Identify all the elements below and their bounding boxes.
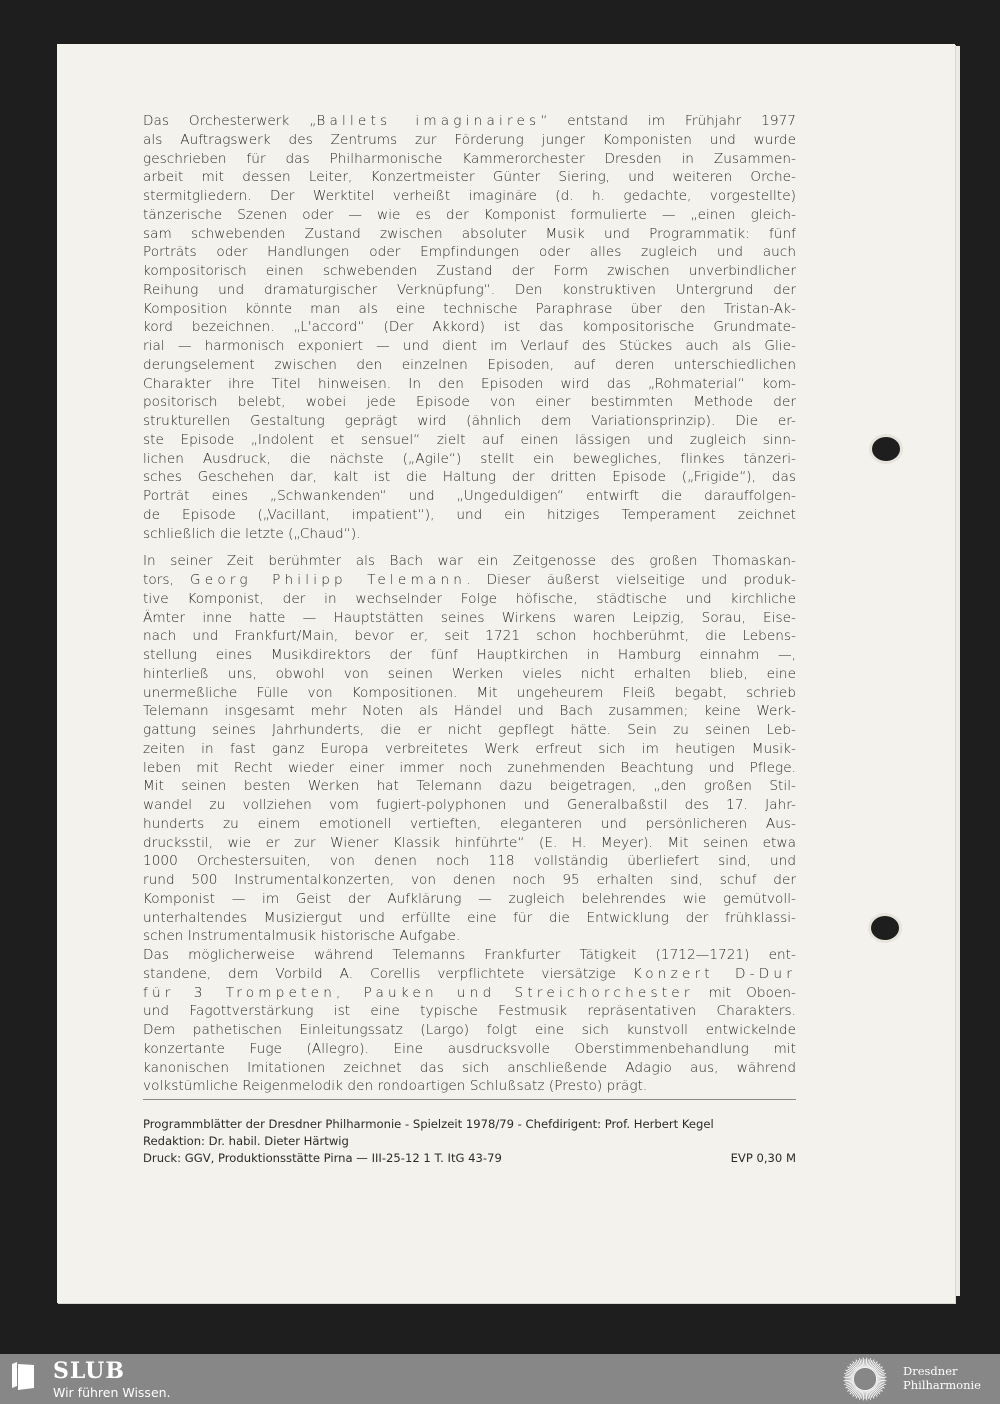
spaced-title: Ballets imaginaires — [316, 113, 540, 129]
dresdner-philharmonie-name: Dresdner Philharmonie — [903, 1364, 981, 1392]
text-line: kompositorisch einen schwebenden Zustand… — [143, 262, 796, 281]
imprint-price: EVP 0,30 M — [731, 1150, 796, 1167]
text-line: unermeßliche Fülle von Kompositionen. Mi… — [143, 684, 796, 703]
text-line: geschrieben für das Philharmonische Kamm… — [143, 150, 796, 169]
text-line: stellung eines Musikdirektors der fünf H… — [143, 646, 796, 665]
text-line: Porträts oder Handlungen oder Empfindung… — [143, 243, 796, 262]
bottom-branding-bar: SLUB Wir führen Wissen. Dresdner Philhar… — [0, 1354, 1000, 1404]
text-line: drucksstil, wie er zur Wiener Klassik hi… — [143, 834, 796, 853]
text-line: ste Episode „Indolent et sensuel“ zielt … — [143, 431, 796, 450]
footer-divider — [143, 1099, 796, 1100]
text-line: gattung seines Jahrhunderts, die er nich… — [143, 721, 796, 740]
text-line: Telemann insgesamt mehr Noten als Händel… — [143, 702, 796, 721]
text-line: volkstümliche Reigenmelodik den rondoart… — [143, 1077, 796, 1096]
text-line: sches Geschehen dar, kalt ist die Haltun… — [143, 468, 796, 487]
text-line: für 3 Trompeten, Pauken und Streichorche… — [143, 984, 796, 1003]
text-line: kanonischen Imitationen zeichnet das sic… — [143, 1059, 796, 1078]
text-line: hinterließ uns, obwohl von seinen Werken… — [143, 665, 796, 684]
spaced-title: für 3 Trompeten, Pauken und Streichorche… — [143, 985, 694, 1001]
text-line: unterhaltendes Musiziergut und erfüllte … — [143, 909, 796, 928]
imprint-line-printer: Druck: GGV, Produktionsstätte Pirna — II… — [143, 1150, 502, 1167]
text-line: Porträt eines „Schwankenden“ und „Ungedu… — [143, 487, 796, 506]
text-line: lichen Ausdruck, die nächste („Agile“) s… — [143, 450, 796, 469]
text-line: Das möglicherweise während Telemanns Fra… — [143, 946, 796, 965]
paragraph: In seiner Zeit berühmter als Bach war ei… — [143, 552, 796, 946]
imprint-footer: Programmblätter der Dresdner Philharmoni… — [143, 1116, 796, 1167]
text-line: leben mit Recht wieder einer immer noch … — [143, 759, 796, 778]
text-line: rund 500 Instrumentalkonzerten, von dene… — [143, 871, 796, 890]
text-line: tive Komponist, der in wechselnder Folge… — [143, 590, 796, 609]
text-line: arbeit mit dessen Leiter, Konzertmeister… — [143, 168, 796, 187]
text-line: rial — harmonisch exponiert — und dient … — [143, 337, 796, 356]
slub-name: SLUB — [53, 1358, 125, 1384]
text-line: positorisch belebt, wobei jede Episode v… — [143, 393, 796, 412]
text-line: Mit seinen besten Werken hat Telemann da… — [143, 777, 796, 796]
text-line: Ämter inne hatte — Hauptstätten seines W… — [143, 609, 796, 628]
slub-tagline: Wir führen Wissen. — [53, 1385, 171, 1400]
spaced-title: Konzert D-Dur — [633, 966, 796, 982]
text-line: tors, Georg Philipp Telemann. Dieser äuß… — [143, 571, 796, 590]
text-line: Komposition könnte man als eine technisc… — [143, 300, 796, 319]
text-line: tänzerische Szenen oder — wie es der Kom… — [143, 206, 796, 225]
text-line: standene, dem Vorbild A. Corellis verpfl… — [143, 965, 796, 984]
slub-book-icon — [12, 1362, 34, 1390]
text-line: Das Orchesterwerk „Ballets imaginaires“ … — [143, 112, 796, 131]
text-line: als Auftragswerk des Zentrums zur Förder… — [143, 131, 796, 150]
text-line: nach und Frankfurt/Main, bevor er, seit … — [143, 627, 796, 646]
text-line: Komponist — im Geist der Aufklärung — zu… — [143, 890, 796, 909]
text-line: Charakter ihre Titel hinweisen. In den E… — [143, 375, 796, 394]
punch-hole — [872, 437, 900, 461]
text-line: wandel zu vollziehen vom fugiert-polypho… — [143, 796, 796, 815]
spaced-title: Georg Philipp Telemann — [190, 572, 466, 588]
paragraph: Das Orchesterwerk „Ballets imaginaires“ … — [143, 112, 796, 543]
text-line: stermitgliedern. Der Werktitel verheißt … — [143, 187, 796, 206]
text-line: Reihung und dramaturgischer Verknüpfung“… — [143, 281, 796, 300]
text-line: strukturellen Gestaltung geprägt wird (ä… — [143, 412, 796, 431]
text-line: sam schwebenden Zustand zwischen absolut… — [143, 225, 796, 244]
text-line: 1000 Orchestersuiten, von denen noch 118… — [143, 852, 796, 871]
text-line: In seiner Zeit berühmter als Bach war ei… — [143, 552, 796, 571]
imprint-line-editor: Redaktion: Dr. habil. Dieter Härtwig — [143, 1133, 349, 1150]
imprint-line-publication: Programmblätter der Dresdner Philharmoni… — [143, 1116, 714, 1133]
punch-hole — [871, 916, 899, 940]
text-line: schließlich die letzte („Chaud“). — [143, 525, 796, 544]
text-line: und Fagottverstärkung ist eine typische … — [143, 1002, 796, 1021]
dresdner-philharmonie-sun-icon — [842, 1356, 888, 1402]
article-body: Das Orchesterwerk „Ballets imaginaires“ … — [143, 112, 796, 1096]
text-line: schen Instrumentalmusik historische Aufg… — [143, 927, 796, 946]
paragraph: Das möglicherweise während Telemanns Fra… — [143, 946, 796, 1096]
text-line: konzertante Fuge (Allegro). Eine ausdruc… — [143, 1040, 796, 1059]
text-line: derungselement zwischen den einzelnen Ep… — [143, 356, 796, 375]
text-line: hunderts zu einem emotionell vertieften,… — [143, 815, 796, 834]
text-line: de Episode („Vacillant, impatient“), und… — [143, 506, 796, 525]
text-line: Dem pathetischen Einleitungssatz (Largo)… — [143, 1021, 796, 1040]
text-line: zeiten in fast ganz Europa verbreitetes … — [143, 740, 796, 759]
text-line: kord bezeichnen. „L'accord“ (Der Akkord)… — [143, 318, 796, 337]
